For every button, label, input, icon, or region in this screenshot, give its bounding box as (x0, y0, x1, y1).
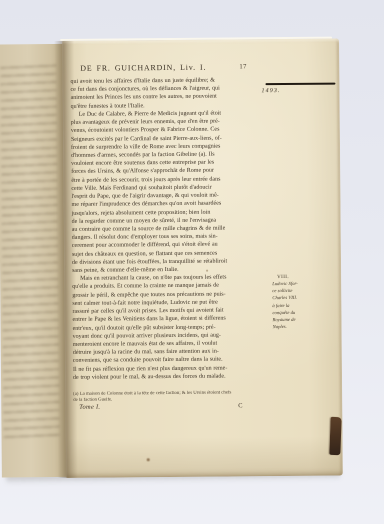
side-note-lines: Ludovic Sfor-ce solliciteCharles VIII.à … (272, 281, 310, 331)
book-page: 1493. VIII. Ludovic Sfor-ce solliciteCha… (62, 39, 343, 478)
open-book: 1493. VIII. Ludovic Sfor-ce solliciteCha… (0, 39, 344, 482)
paragraph: qui avoit tenu les affaires d'Italie dan… (70, 76, 266, 111)
margin-rule (265, 82, 335, 85)
ghost-text (0, 62, 59, 439)
text-line: de trop violent pour le mal, & au-dessus… (73, 372, 269, 382)
paragraph: Le Duc de Calabre, & Pierre de Medicis j… (71, 109, 268, 275)
tome-label: Tome I. (79, 403, 100, 410)
paragraph: Mais en retranchant la cause, on n'ôte p… (72, 273, 269, 382)
folio-number: 17 (239, 63, 247, 70)
signature-mark: C (238, 402, 242, 409)
running-header: DE FR. GUICHARDIN, Liv. I. 17 (70, 62, 266, 74)
foxing-spot (206, 270, 208, 272)
side-note: VIII. Ludovic Sfor-ce solliciteCharles V… (272, 274, 310, 332)
photo-background: 1493. VIII. Ludovic Sfor-ce solliciteCha… (0, 0, 384, 524)
page-text: qui avoit tenu les affaires d'Italie dan… (70, 76, 269, 382)
text-line: Naples. (273, 324, 311, 331)
page-heading: DE FR. GUICHARDIN, Liv. I. (80, 63, 206, 73)
foxing-spot (147, 458, 150, 461)
text-block: DE FR. GUICHARDIN, Liv. I. 17 qui avoit … (70, 39, 270, 478)
book-gutter-shadow (54, 41, 78, 478)
catchline: Tome I. C (73, 402, 269, 413)
book-cover-corner (329, 417, 341, 455)
